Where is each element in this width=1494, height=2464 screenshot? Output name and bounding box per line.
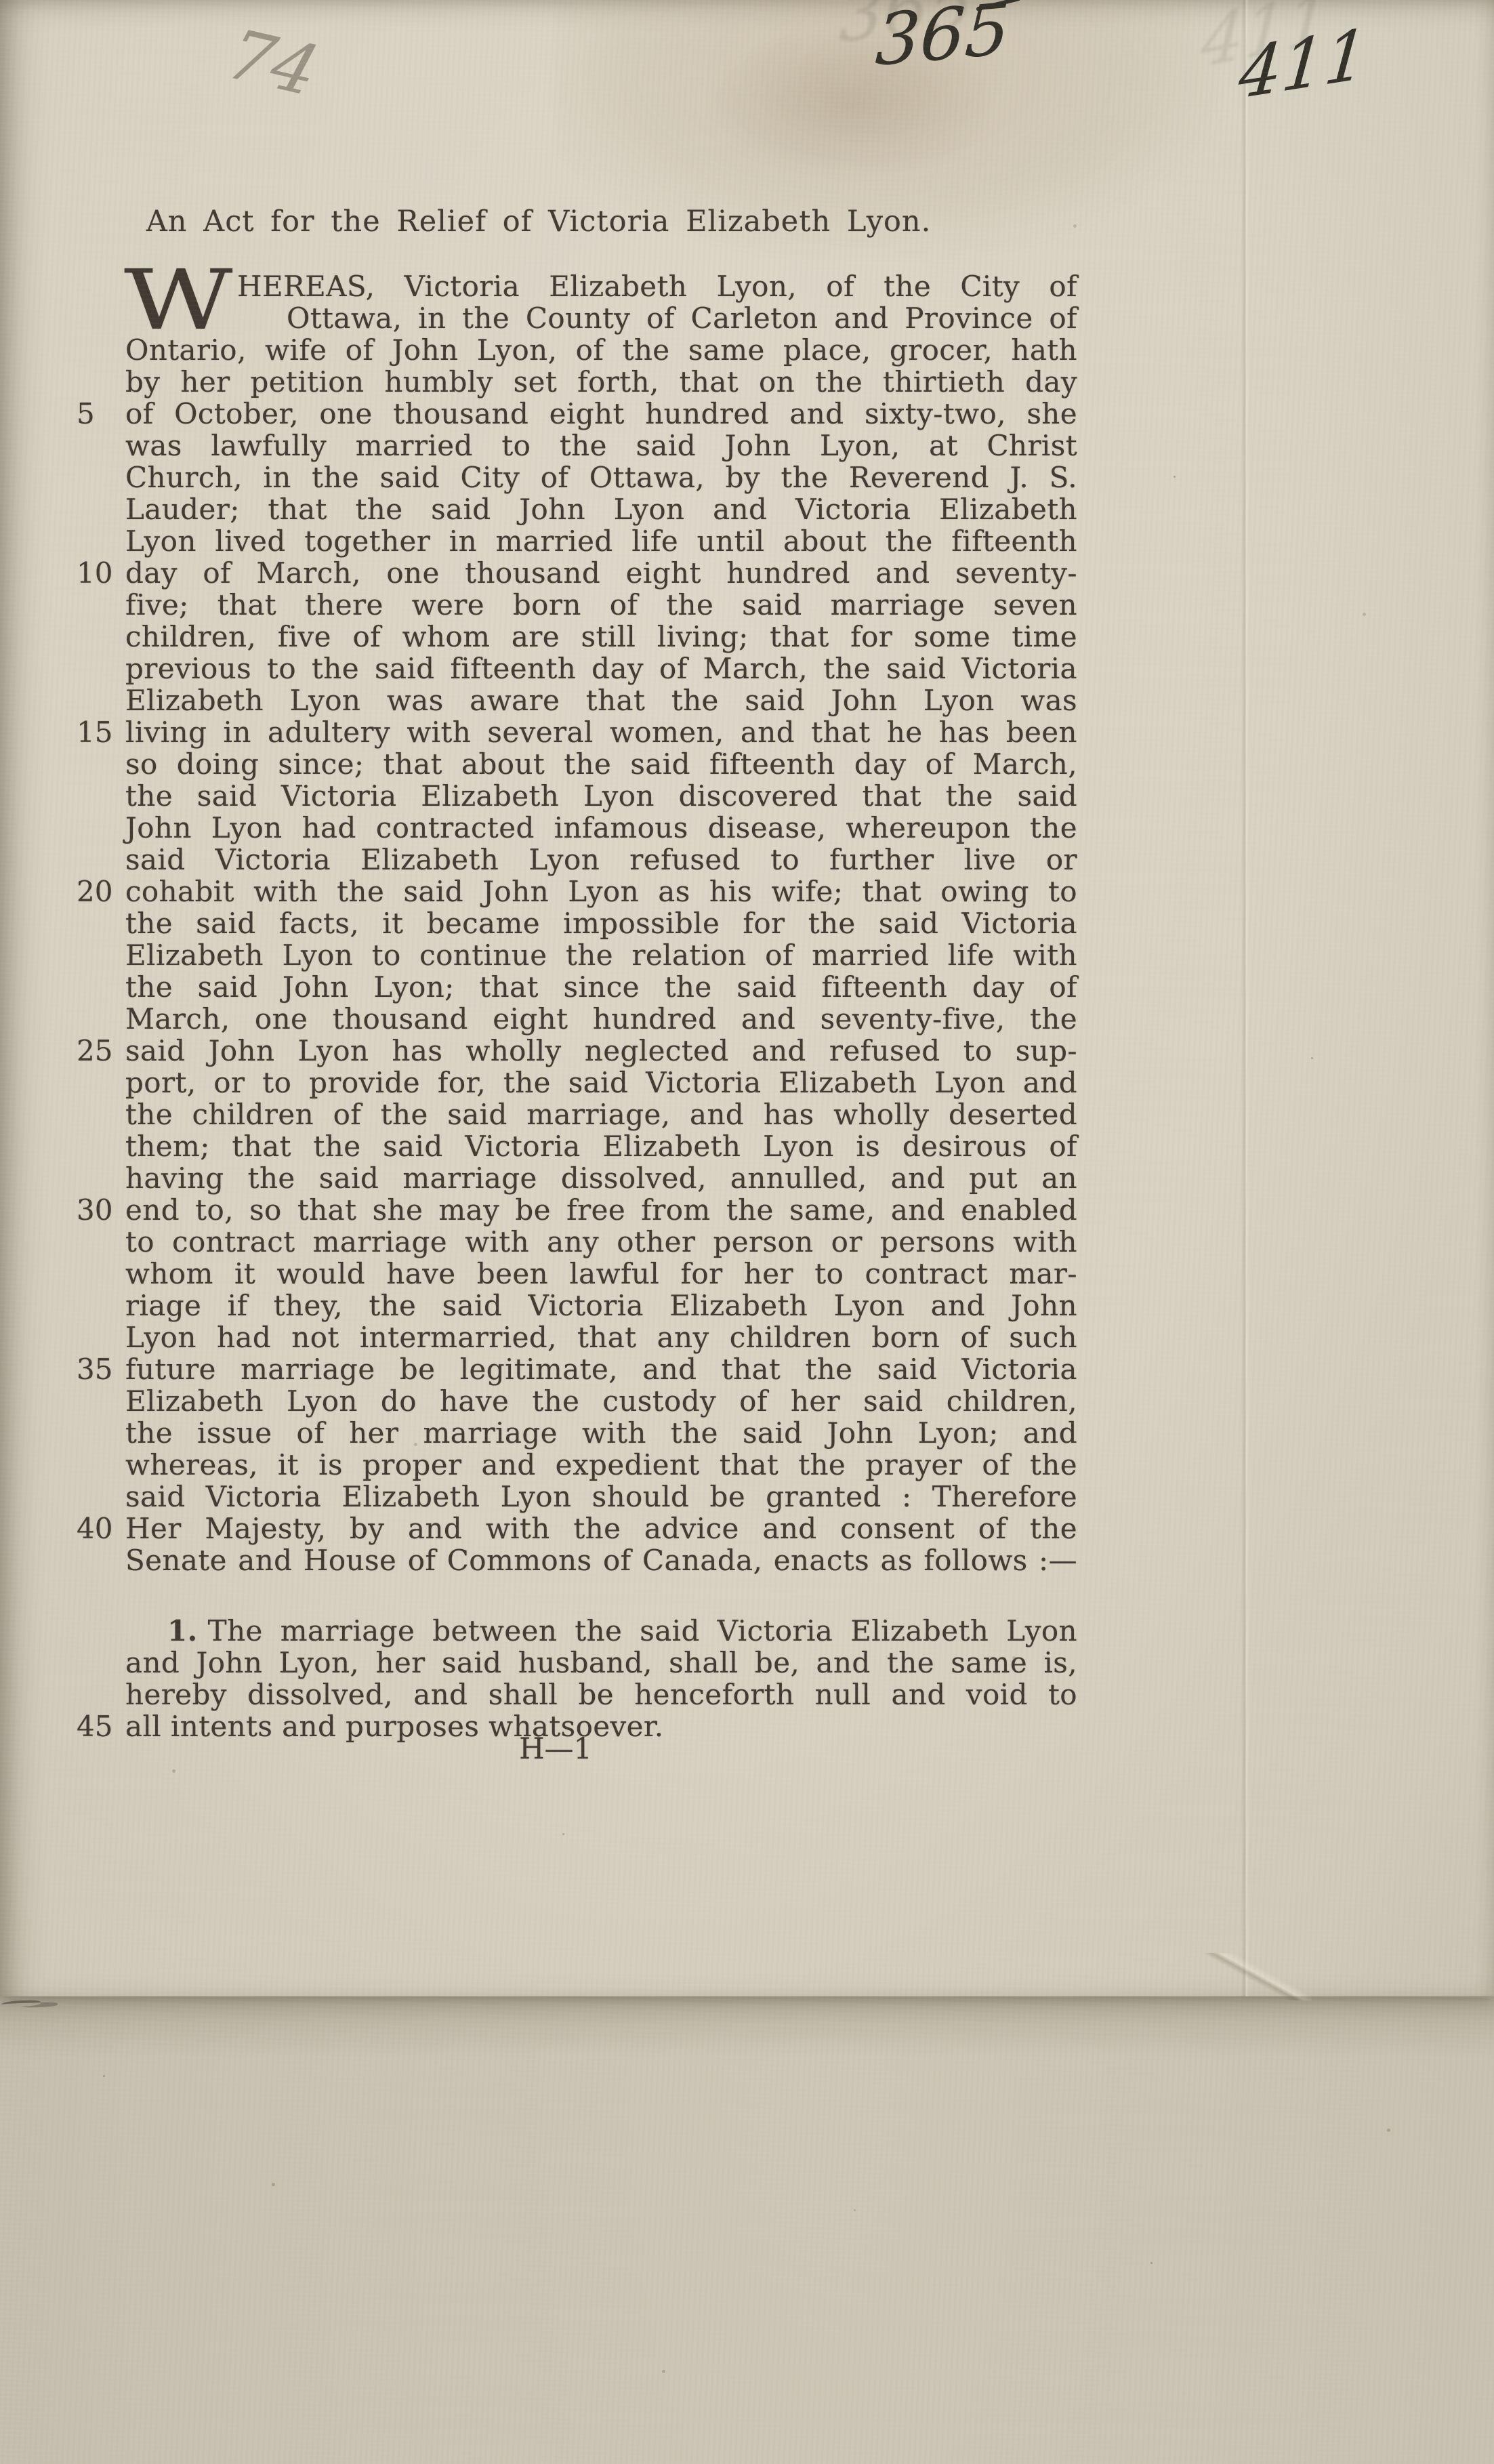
act-line-text: Her Majesty, by and with the advice and … — [125, 1512, 1077, 1545]
act-line: 40Her Majesty, by and with the advice an… — [125, 1513, 1077, 1544]
act-line: Lyon had not intermarried, that any chil… — [125, 1321, 1077, 1353]
act-line: them; that the said Victoria Elizabeth L… — [125, 1130, 1077, 1162]
act-line: Church, in the said City of Ottawa, by t… — [125, 461, 1077, 493]
act-line: by her petition humbly set forth, that o… — [125, 366, 1077, 398]
margin-line-number: 20 — [77, 876, 116, 907]
act-line: said Victoria Elizabeth Lyon should be g… — [125, 1481, 1077, 1513]
act-line-text: Elizabeth Lyon do have the custody of he… — [125, 1384, 1077, 1418]
margin-line-number: 5 — [77, 398, 116, 430]
act-line: previous to the said fifteenth day of Ma… — [125, 653, 1077, 684]
act-line-text: so doing since; that about the said fift… — [125, 747, 1077, 781]
act-line: said Victoria Elizabeth Lyon refused to … — [125, 844, 1077, 876]
act-line: Lyon lived together in married life unti… — [125, 525, 1077, 557]
act-line: 5of October, one thousand eight hundred … — [125, 398, 1077, 430]
act-line: the children of the said marriage, and h… — [125, 1098, 1077, 1130]
act-line-text: Senate and House of Commons of Canada, e… — [125, 1544, 1077, 1577]
act-line-text: riage if they, the said Victoria Elizabe… — [125, 1289, 1077, 1322]
act-line-text: whom it would have been lawful for her t… — [125, 1257, 1077, 1290]
act-line-text: cohabit with the said John Lyon as his w… — [125, 875, 1077, 908]
act-line: hereby dissolved, and shall be hencefort… — [125, 1679, 1077, 1710]
act-line-text: Ottawa, in the County of Carleton and Pr… — [287, 302, 1077, 335]
act-line: whom it would have been lawful for her t… — [125, 1258, 1077, 1290]
margin-line-number: 10 — [77, 557, 116, 589]
act-line: was lawfully married to the said John Ly… — [125, 430, 1077, 461]
act-line: HEREAS, Victoria Elizabeth Lyon, of the … — [125, 270, 1077, 302]
act-line: March, one thousand eight hundred and se… — [125, 1003, 1077, 1035]
act-line: the issue of her marriage with the said … — [125, 1417, 1077, 1449]
margin-line-number: 35 — [77, 1353, 116, 1385]
act-line-text: Ontario, wife of John Lyon, of the same … — [125, 333, 1077, 367]
act-line-text: the children of the said marriage, and h… — [125, 1098, 1077, 1131]
act-line-text: five; that there were born of the said m… — [125, 588, 1077, 621]
act-line-text: of October, one thousand eight hundred a… — [125, 397, 1077, 430]
act-line-text: Lyon had not intermarried, that any chil… — [125, 1321, 1077, 1354]
act-line: 10day of March, one thousand eight hundr… — [125, 557, 1077, 589]
corner-fold — [1198, 1953, 1312, 2000]
act-line-text: port, or to provide for, the said Victor… — [125, 1066, 1077, 1099]
margin-line-number: 40 — [77, 1513, 116, 1544]
act-line-text: having the said marriage dissolved, annu… — [125, 1162, 1077, 1195]
act-line-text: The marriage between the said Victoria E… — [208, 1614, 1077, 1647]
act-line-text: end to, so that she may be free from the… — [125, 1193, 1077, 1227]
act-line-text: Lauder; that the said John Lyon and Vict… — [125, 493, 1077, 526]
act-line: John Lyon had contracted infamous diseas… — [125, 812, 1077, 844]
act-line: having the said marriage dissolved, annu… — [125, 1162, 1077, 1194]
act-line: Elizabeth Lyon to continue the relation … — [125, 939, 1077, 971]
act-line-text: the said facts, it became impossible for… — [125, 907, 1077, 940]
section-number: 1. — [167, 1614, 198, 1647]
act-line-text: March, one thousand eight hundred and se… — [125, 1002, 1077, 1035]
act-line-text: said Victoria Elizabeth Lyon refused to … — [125, 843, 1077, 876]
pencil-annotation: 74 — [218, 15, 327, 112]
act-text-block: W HEREAS, Victoria Elizabeth Lyon, of th… — [125, 270, 1077, 1742]
section-1-paragraph: 1.The marriage between the said Victoria… — [125, 1615, 1077, 1742]
scanned-document: 365 411 74 365 411 An Act for the Relief… — [0, 0, 1494, 2464]
act-line-text: was lawfully married to the said John Ly… — [125, 429, 1077, 462]
act-line-text: whereas, it is proper and expedient that… — [125, 1448, 1077, 1481]
whereas-paragraph: HEREAS, Victoria Elizabeth Lyon, of the … — [125, 270, 1077, 1576]
act-line-text: and John Lyon, her said husband, shall b… — [125, 1646, 1077, 1679]
act-line: Elizabeth Lyon do have the custody of he… — [125, 1385, 1077, 1417]
act-line: Elizabeth Lyon was aware that the said J… — [125, 684, 1077, 716]
act-line-text: HEREAS, Victoria Elizabeth Lyon, of the … — [237, 270, 1077, 303]
page-bottom-edge-shadow — [0, 1996, 1494, 2057]
act-line-text: Elizabeth Lyon was aware that the said J… — [125, 684, 1077, 717]
act-line: 20cohabit with the said John Lyon as his… — [125, 876, 1077, 907]
act-line-text: day of March, one thousand eight hundred… — [125, 556, 1077, 590]
act-line-text: Elizabeth Lyon to continue the relation … — [125, 939, 1077, 972]
act-line-text: children, five of whom are still living;… — [125, 620, 1077, 653]
act-line: 25said John Lyon has wholly neglected an… — [125, 1035, 1077, 1067]
act-line: to contract marriage with any other pers… — [125, 1226, 1077, 1258]
act-line-text: living in adultery with several women, a… — [125, 716, 1077, 749]
paper-speckles — [0, 0, 2, 2]
act-line: whereas, it is proper and expedient that… — [125, 1449, 1077, 1481]
act-line-text: the said Victoria Elizabeth Lyon discove… — [125, 779, 1077, 813]
paper-crease — [1241, 0, 1249, 1996]
act-line-text: future marriage be legitimate, and that … — [125, 1353, 1077, 1386]
act-line: 30end to, so that she may be free from t… — [125, 1194, 1077, 1226]
act-line: the said Victoria Elizabeth Lyon discove… — [125, 780, 1077, 812]
act-line: five; that there were born of the said m… — [125, 589, 1077, 621]
act-line: Ontario, wife of John Lyon, of the same … — [125, 334, 1077, 366]
act-line: 35future marriage be legitimate, and tha… — [125, 1353, 1077, 1385]
act-title: An Act for the Relief of Victoria Elizab… — [0, 205, 1077, 239]
act-line: riage if they, the said Victoria Elizabe… — [125, 1290, 1077, 1321]
document-page: 365 411 74 365 411 An Act for the Relief… — [0, 0, 1494, 1996]
act-line-text: John Lyon had contracted infamous diseas… — [125, 811, 1077, 844]
act-line: Ottawa, in the County of Carleton and Pr… — [125, 302, 1077, 334]
act-line-text: hereby dissolved, and shall be hencefort… — [125, 1678, 1077, 1711]
act-line: Senate and House of Commons of Canada, e… — [125, 1544, 1077, 1576]
act-line: Lauder; that the said John Lyon and Vict… — [125, 493, 1077, 525]
act-line: 15living in adultery with several women,… — [125, 716, 1077, 748]
act-line-text: the said John Lyon; that since the said … — [125, 970, 1077, 1004]
margin-line-number: 25 — [77, 1035, 116, 1067]
act-line: and John Lyon, her said husband, shall b… — [125, 1647, 1077, 1679]
act-line-text: the issue of her marriage with the said … — [125, 1416, 1077, 1450]
margin-line-number: 30 — [77, 1194, 116, 1226]
act-line: so doing since; that about the said fift… — [125, 748, 1077, 780]
act-line: the said John Lyon; that since the said … — [125, 971, 1077, 1003]
act-line-text: previous to the said fifteenth day of Ma… — [125, 652, 1077, 685]
act-line-text: them; that the said Victoria Elizabeth L… — [125, 1130, 1077, 1163]
act-line-text: Lyon lived together in married life unti… — [125, 525, 1077, 558]
act-line: children, five of whom are still living;… — [125, 621, 1077, 653]
act-line-text: said John Lyon has wholly neglected and … — [125, 1034, 1077, 1067]
act-line: 1.The marriage between the said Victoria… — [125, 1615, 1077, 1647]
act-line-text: said Victoria Elizabeth Lyon should be g… — [125, 1480, 1077, 1513]
margin-line-number: 15 — [77, 716, 116, 748]
act-line-text: by her petition humbly set forth, that o… — [125, 365, 1077, 398]
ink-annotation-center: 365 — [873, 0, 1012, 82]
act-line-text: Church, in the said City of Ottawa, by t… — [125, 461, 1077, 494]
act-line: the said facts, it became impossible for… — [125, 907, 1077, 939]
signature-mark: H—1 — [0, 1732, 1111, 1766]
act-line: port, or to provide for, the said Victor… — [125, 1067, 1077, 1098]
act-line-text: to contract marriage with any other pers… — [125, 1225, 1077, 1258]
